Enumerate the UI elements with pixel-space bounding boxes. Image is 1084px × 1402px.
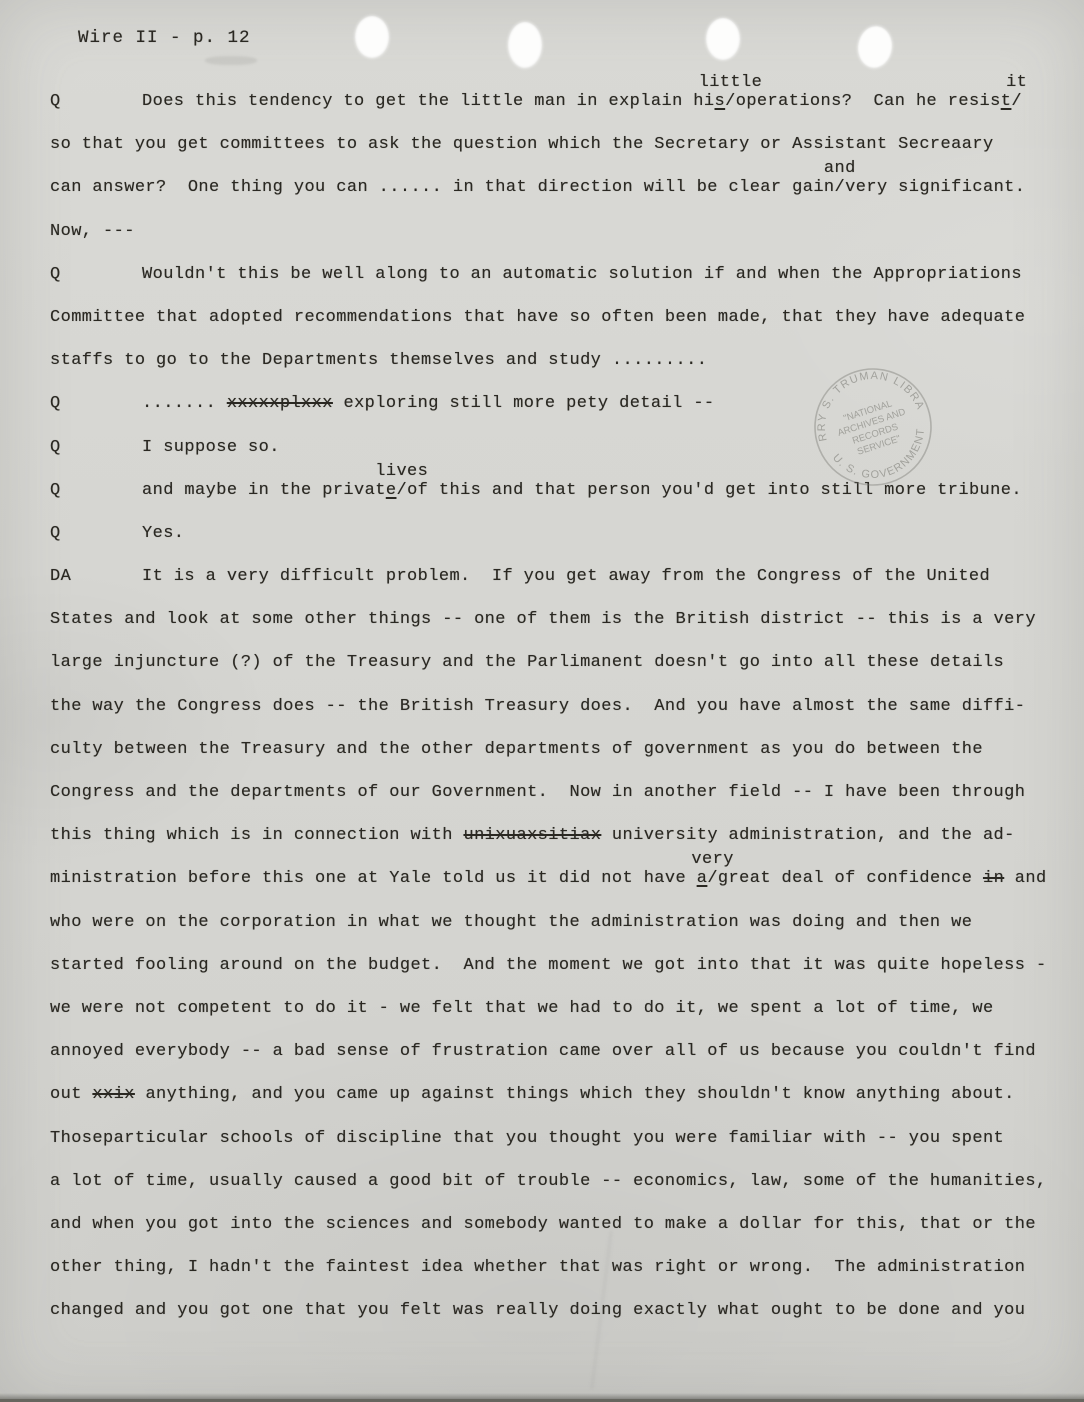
- caret-slash: /: [396, 481, 407, 500]
- typed-text: anything, and you came up against things…: [135, 1085, 1015, 1104]
- typed-line: QYes.: [0, 524, 1084, 567]
- punch-hole: [706, 18, 740, 60]
- typed-line: QDoes this tendency to get the little ma…: [0, 92, 1084, 135]
- typed-text: It is a very difficult problem. If you g…: [142, 567, 990, 586]
- typed-line: started fooling around on the budget. An…: [0, 956, 1084, 999]
- typed-text: e: [386, 481, 397, 500]
- speaker-label: Q: [50, 524, 142, 543]
- typed-text: and maybe in the privat: [142, 481, 386, 500]
- typed-line: a lot of time, usually caused a good bit…: [0, 1172, 1084, 1215]
- struck-text: unixuaxsitiax: [463, 826, 601, 845]
- typed-line: ministration before this one at Yale tol…: [0, 869, 1084, 912]
- struck-text: in: [983, 869, 1004, 888]
- typed-line: the way the Congress does -- the British…: [0, 697, 1084, 740]
- caret-slash: /: [835, 178, 846, 197]
- typed-line: QWouldn't this be well along to an autom…: [0, 265, 1084, 308]
- typed-line: large injuncture (?) of the Treasury and…: [0, 653, 1084, 696]
- typed-line: who were on the corporation in what we t…: [0, 913, 1084, 956]
- typed-text: and when you got into the sciences and s…: [50, 1215, 1036, 1234]
- typed-text: this thing which is in connection with: [50, 826, 463, 845]
- typed-text: the way the Congress does -- the British…: [50, 697, 1025, 716]
- typed-line: so that you get committees to ask the qu…: [0, 135, 1084, 178]
- typed-text: Now, ---: [50, 222, 135, 241]
- typed-line: States and look at some other things -- …: [0, 610, 1084, 653]
- speaker-label: DA: [50, 567, 142, 586]
- typed-text: a: [697, 869, 708, 888]
- typed-text: I suppose so.: [142, 438, 280, 457]
- punch-hole: [508, 22, 542, 68]
- typed-text: staffs to go to the Departments themselv…: [50, 351, 707, 370]
- typed-text: a lot of time, usually caused a good bit…: [50, 1172, 1047, 1191]
- typed-line: DAIt is a very difficult problem. If you…: [0, 567, 1084, 610]
- punch-hole: [855, 24, 895, 70]
- punch-hole: [355, 16, 389, 58]
- typed-text: Yes.: [142, 524, 184, 543]
- caret-slash: /: [1011, 92, 1022, 111]
- typed-text: culty between the Treasury and the other…: [50, 740, 983, 759]
- typed-text: we were not competent to do it - we felt…: [50, 999, 994, 1018]
- page-header: Wire II - p. 12: [78, 28, 251, 48]
- typed-text: Wouldn't this be well along to an automa…: [142, 265, 1022, 284]
- typed-text: t: [1001, 92, 1012, 111]
- typed-text: large injuncture (?) of the Treasury and…: [50, 653, 1004, 672]
- transcript: QDoes this tendency to get the little ma…: [0, 92, 1084, 1344]
- archive-stamp: HARRY S. TRUMAN LIBRARY U. S. GOVERNMENT…: [797, 351, 949, 503]
- document-page: Wire II - p. 12 QDoes this tendency to g…: [0, 0, 1084, 1402]
- typed-line: Thoseparticular schools of discipline th…: [0, 1129, 1084, 1172]
- typed-line: can answer? One thing you can ...... in …: [0, 178, 1084, 221]
- caret-slash: /: [707, 869, 718, 888]
- typed-line: changed and you got one that you felt wa…: [0, 1301, 1084, 1344]
- typed-text: great deal of confidence: [718, 869, 983, 888]
- typed-text: exploring still more pety detail --: [333, 394, 715, 413]
- inserted-word: lives: [375, 462, 428, 481]
- typed-line: we were not competent to do it - we felt…: [0, 999, 1084, 1042]
- typed-text: out: [50, 1085, 92, 1104]
- speaker-label: Q: [50, 92, 142, 111]
- typed-text: can answer? One thing you can ...... in …: [50, 178, 835, 197]
- typed-text: .......: [142, 394, 227, 413]
- typed-text: so that you get committees to ask the qu…: [50, 135, 994, 154]
- struck-text: xxix: [92, 1085, 134, 1104]
- inserted-word: it: [1006, 73, 1027, 92]
- paper-smudge: [205, 56, 257, 65]
- typed-text: operations? Can he resis: [736, 92, 1001, 111]
- typed-text: Committee that adopted recommendations t…: [50, 308, 1025, 327]
- speaker-label: Q: [50, 438, 142, 457]
- struck-text: xxxxxplxxx: [227, 394, 333, 413]
- typed-text: started fooling around on the budget. An…: [50, 956, 1047, 975]
- typed-text: Thoseparticular schools of discipline th…: [50, 1129, 1004, 1148]
- typed-text: annoyed everybody -- a bad sense of frus…: [50, 1042, 1036, 1061]
- speaker-label: Q: [50, 481, 142, 500]
- typed-text: who were on the corporation in what we t…: [50, 913, 972, 932]
- typed-text: changed and you got one that you felt wa…: [50, 1301, 1025, 1320]
- typed-line: other thing, I hadn't the faintest idea …: [0, 1258, 1084, 1301]
- typed-text: very significant.: [845, 178, 1025, 197]
- speaker-label: Q: [50, 394, 142, 413]
- typed-text: and: [1004, 869, 1046, 888]
- typed-text: university administration, and the ad-: [601, 826, 1014, 845]
- typed-line: annoyed everybody -- a bad sense of frus…: [0, 1042, 1084, 1085]
- typed-line: and when you got into the sciences and s…: [0, 1215, 1084, 1258]
- inserted-word: and: [824, 159, 856, 178]
- typed-line: out xxix anything, and you came up again…: [0, 1085, 1084, 1128]
- typed-text: other thing, I hadn't the faintest idea …: [50, 1258, 1025, 1277]
- typed-line: Committee that adopted recommendations t…: [0, 308, 1084, 351]
- caret-slash: /: [725, 92, 736, 111]
- speaker-label: Q: [50, 265, 142, 284]
- typed-text: ministration before this one at Yale tol…: [50, 869, 697, 888]
- typed-line: Now, ---: [0, 222, 1084, 265]
- typed-line: Congress and the departments of our Gove…: [0, 783, 1084, 826]
- typed-text: Does this tendency to get the little man…: [142, 92, 715, 111]
- typed-text: States and look at some other things -- …: [50, 610, 1036, 629]
- inserted-word: little: [699, 73, 763, 92]
- typed-line: this thing which is in connection with u…: [0, 826, 1084, 869]
- typed-text: s: [715, 92, 726, 111]
- typed-text: Congress and the departments of our Gove…: [50, 783, 1025, 802]
- typed-line: culty between the Treasury and the other…: [0, 740, 1084, 783]
- inserted-word: very: [691, 850, 733, 869]
